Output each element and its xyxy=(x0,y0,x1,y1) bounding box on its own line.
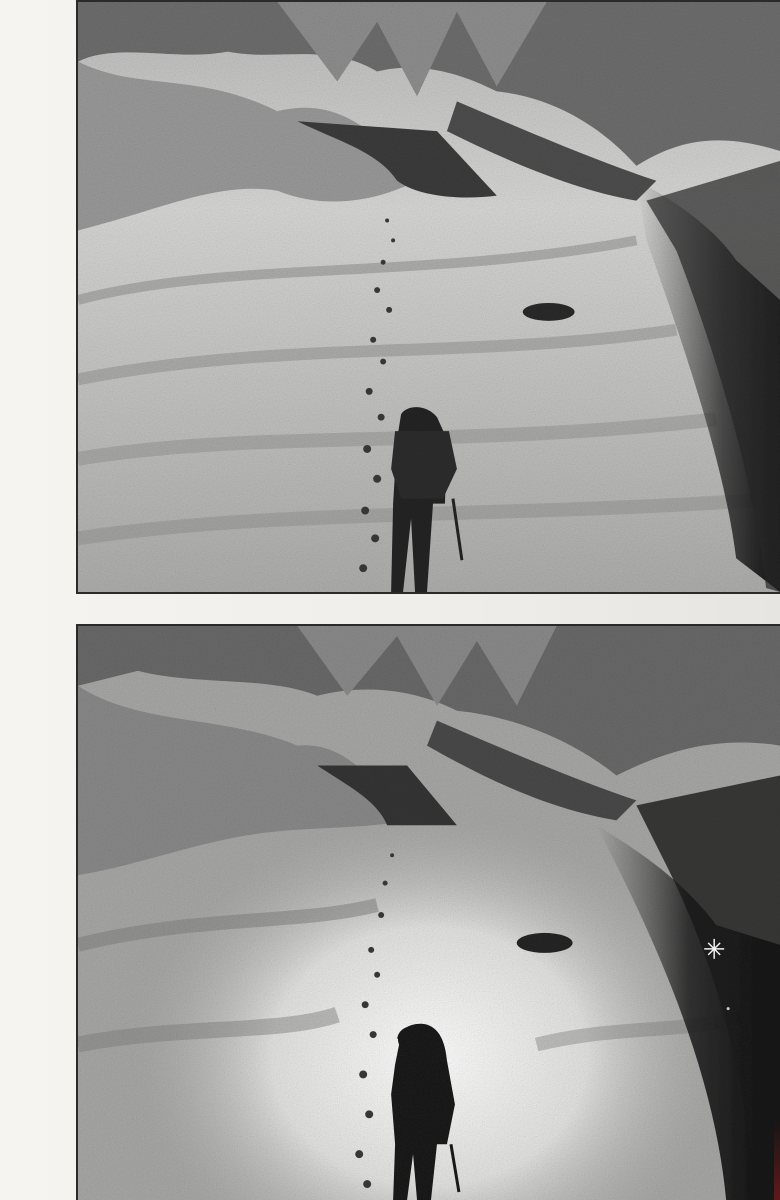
manga-page xyxy=(0,0,780,1200)
panel-2-artwork xyxy=(78,626,780,1200)
panel-2 xyxy=(76,624,780,1200)
panel-1-artwork xyxy=(78,2,780,592)
page-edge-tint xyxy=(774,1120,780,1200)
panel-1 xyxy=(76,0,780,594)
